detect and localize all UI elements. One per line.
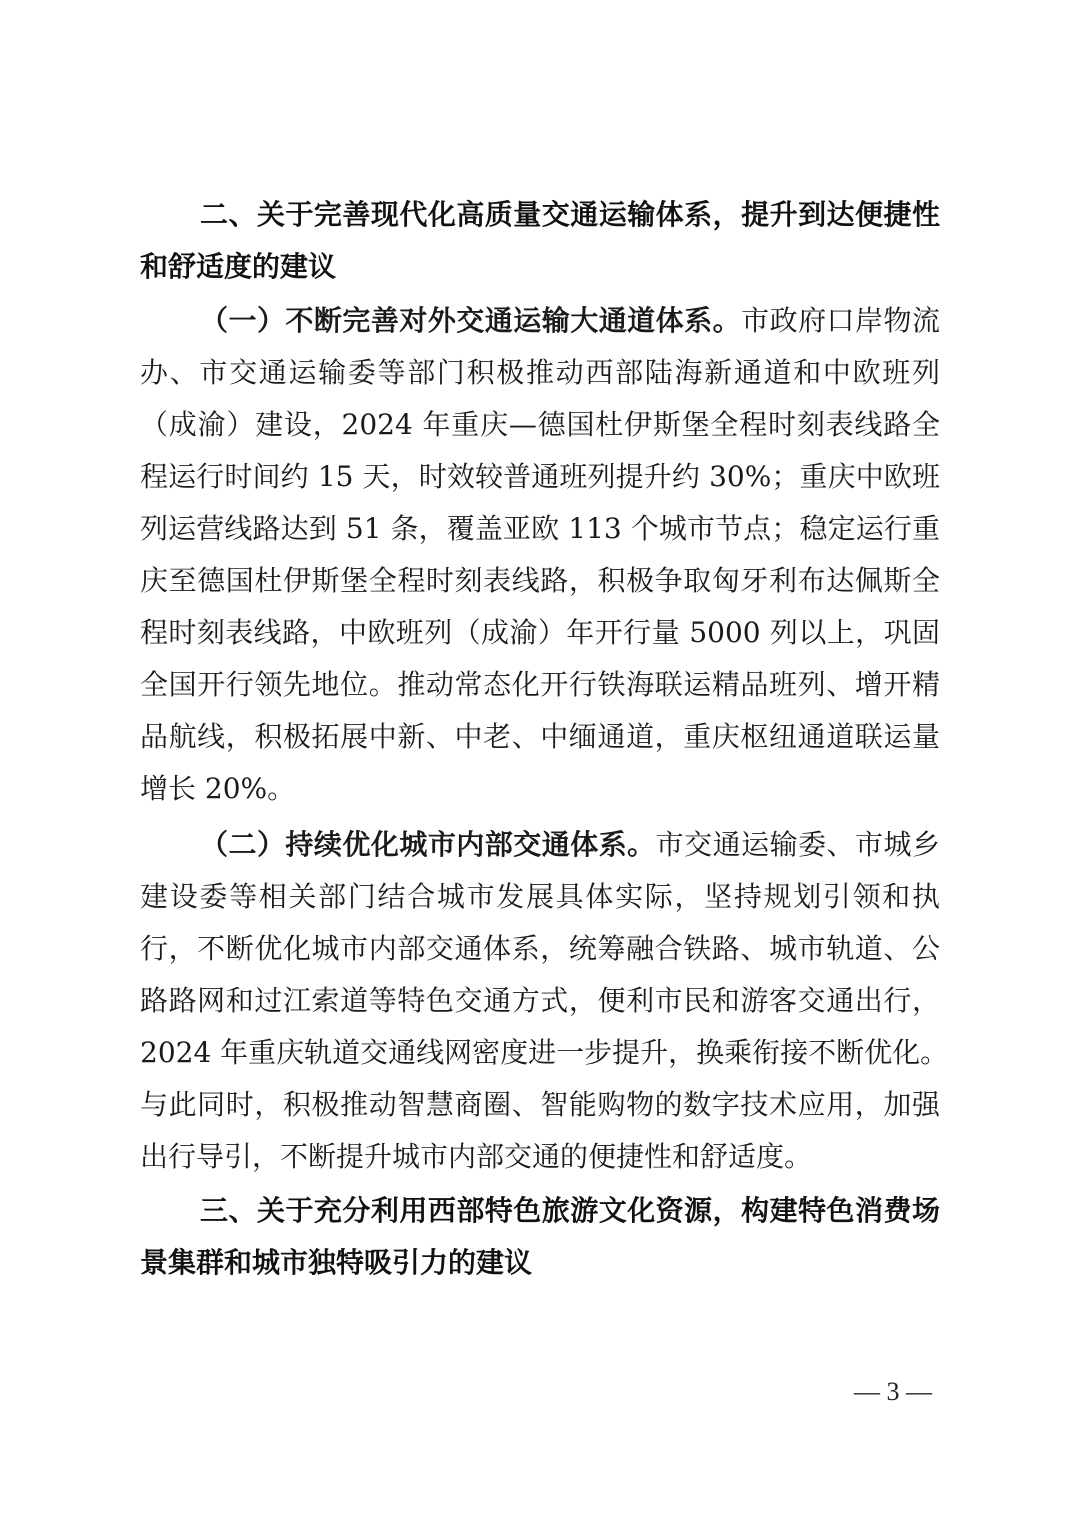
page-number: — 3 — [848, 1374, 938, 1410]
section-heading: 二、关于完善现代化高质量交通运输体系，提升到达便捷性 [200, 189, 940, 241]
paragraph-line: 全国开行领先地位。推动常态化开行铁海联运精品班列、增开精 [140, 659, 940, 711]
paragraph-text: 市政府口岸物流 [741, 304, 940, 337]
paragraph-line: 品航线，积极拓展中新、中老、中缅通道，重庆枢纽通道联运量 [140, 711, 940, 763]
paragraph-line: 2024 年重庆轨道交通线网密度进一步提升，换乘衔接不断优化。 [140, 1027, 940, 1079]
paragraph-line: 增长 20%。 [140, 763, 940, 815]
paragraph-line: 出行导引，不断提升城市内部交通的便捷性和舒适度。 [140, 1131, 940, 1183]
paragraph-line: （二）持续优化城市内部交通体系。市交通运输委、市城乡 [200, 819, 940, 871]
subsection-label: （二）持续优化城市内部交通体系。 [200, 828, 656, 861]
section-heading-continued: 景集群和城市独特吸引力的建议 [140, 1237, 940, 1289]
paragraph-line: 与此同时，积极推动智慧商圈、智能购物的数字技术应用，加强 [140, 1079, 940, 1131]
paragraph-line: 列运营线路达到 51 条，覆盖亚欧 113 个城市节点；稳定运行重 [140, 503, 940, 555]
paragraph-line: 建设委等相关部门结合城市发展具体实际，坚持规划引领和执 [140, 871, 940, 923]
paragraph-line: 行，不断优化城市内部交通体系，统筹融合铁路、城市轨道、公 [140, 923, 940, 975]
paragraph-line: 程运行时间约 15 天，时效较普通班列提升约 30%；重庆中欧班 [140, 451, 940, 503]
paragraph-line: （一）不断完善对外交通运输大通道体系。市政府口岸物流 [200, 295, 940, 347]
paragraph-line: 程时刻表线路，中欧班列（成渝）年开行量 5000 列以上，巩固 [140, 607, 940, 659]
section-heading: 三、关于充分利用西部特色旅游文化资源，构建特色消费场 [200, 1185, 940, 1237]
paragraph-line: 庆至德国杜伊斯堡全程时刻表线路，积极争取匈牙利布达佩斯全 [140, 555, 940, 607]
paragraph-text: 市交通运输委、市城乡 [656, 828, 940, 861]
paragraph-line: 办、市交通运输委等部门积极推动西部陆海新通道和中欧班列 [140, 347, 940, 399]
paragraph-line: 路路网和过江索道等特色交通方式，便利市民和游客交通出行， [140, 975, 940, 1027]
section-heading-continued: 和舒适度的建议 [140, 241, 940, 293]
subsection-label: （一）不断完善对外交通运输大通道体系。 [200, 304, 741, 337]
document-page: 二、关于完善现代化高质量交通运输体系，提升到达便捷性 和舒适度的建议 （一）不断… [0, 0, 1074, 1520]
paragraph-line: （成渝）建设，2024 年重庆—德国杜伊斯堡全程时刻表线路全 [140, 399, 940, 451]
